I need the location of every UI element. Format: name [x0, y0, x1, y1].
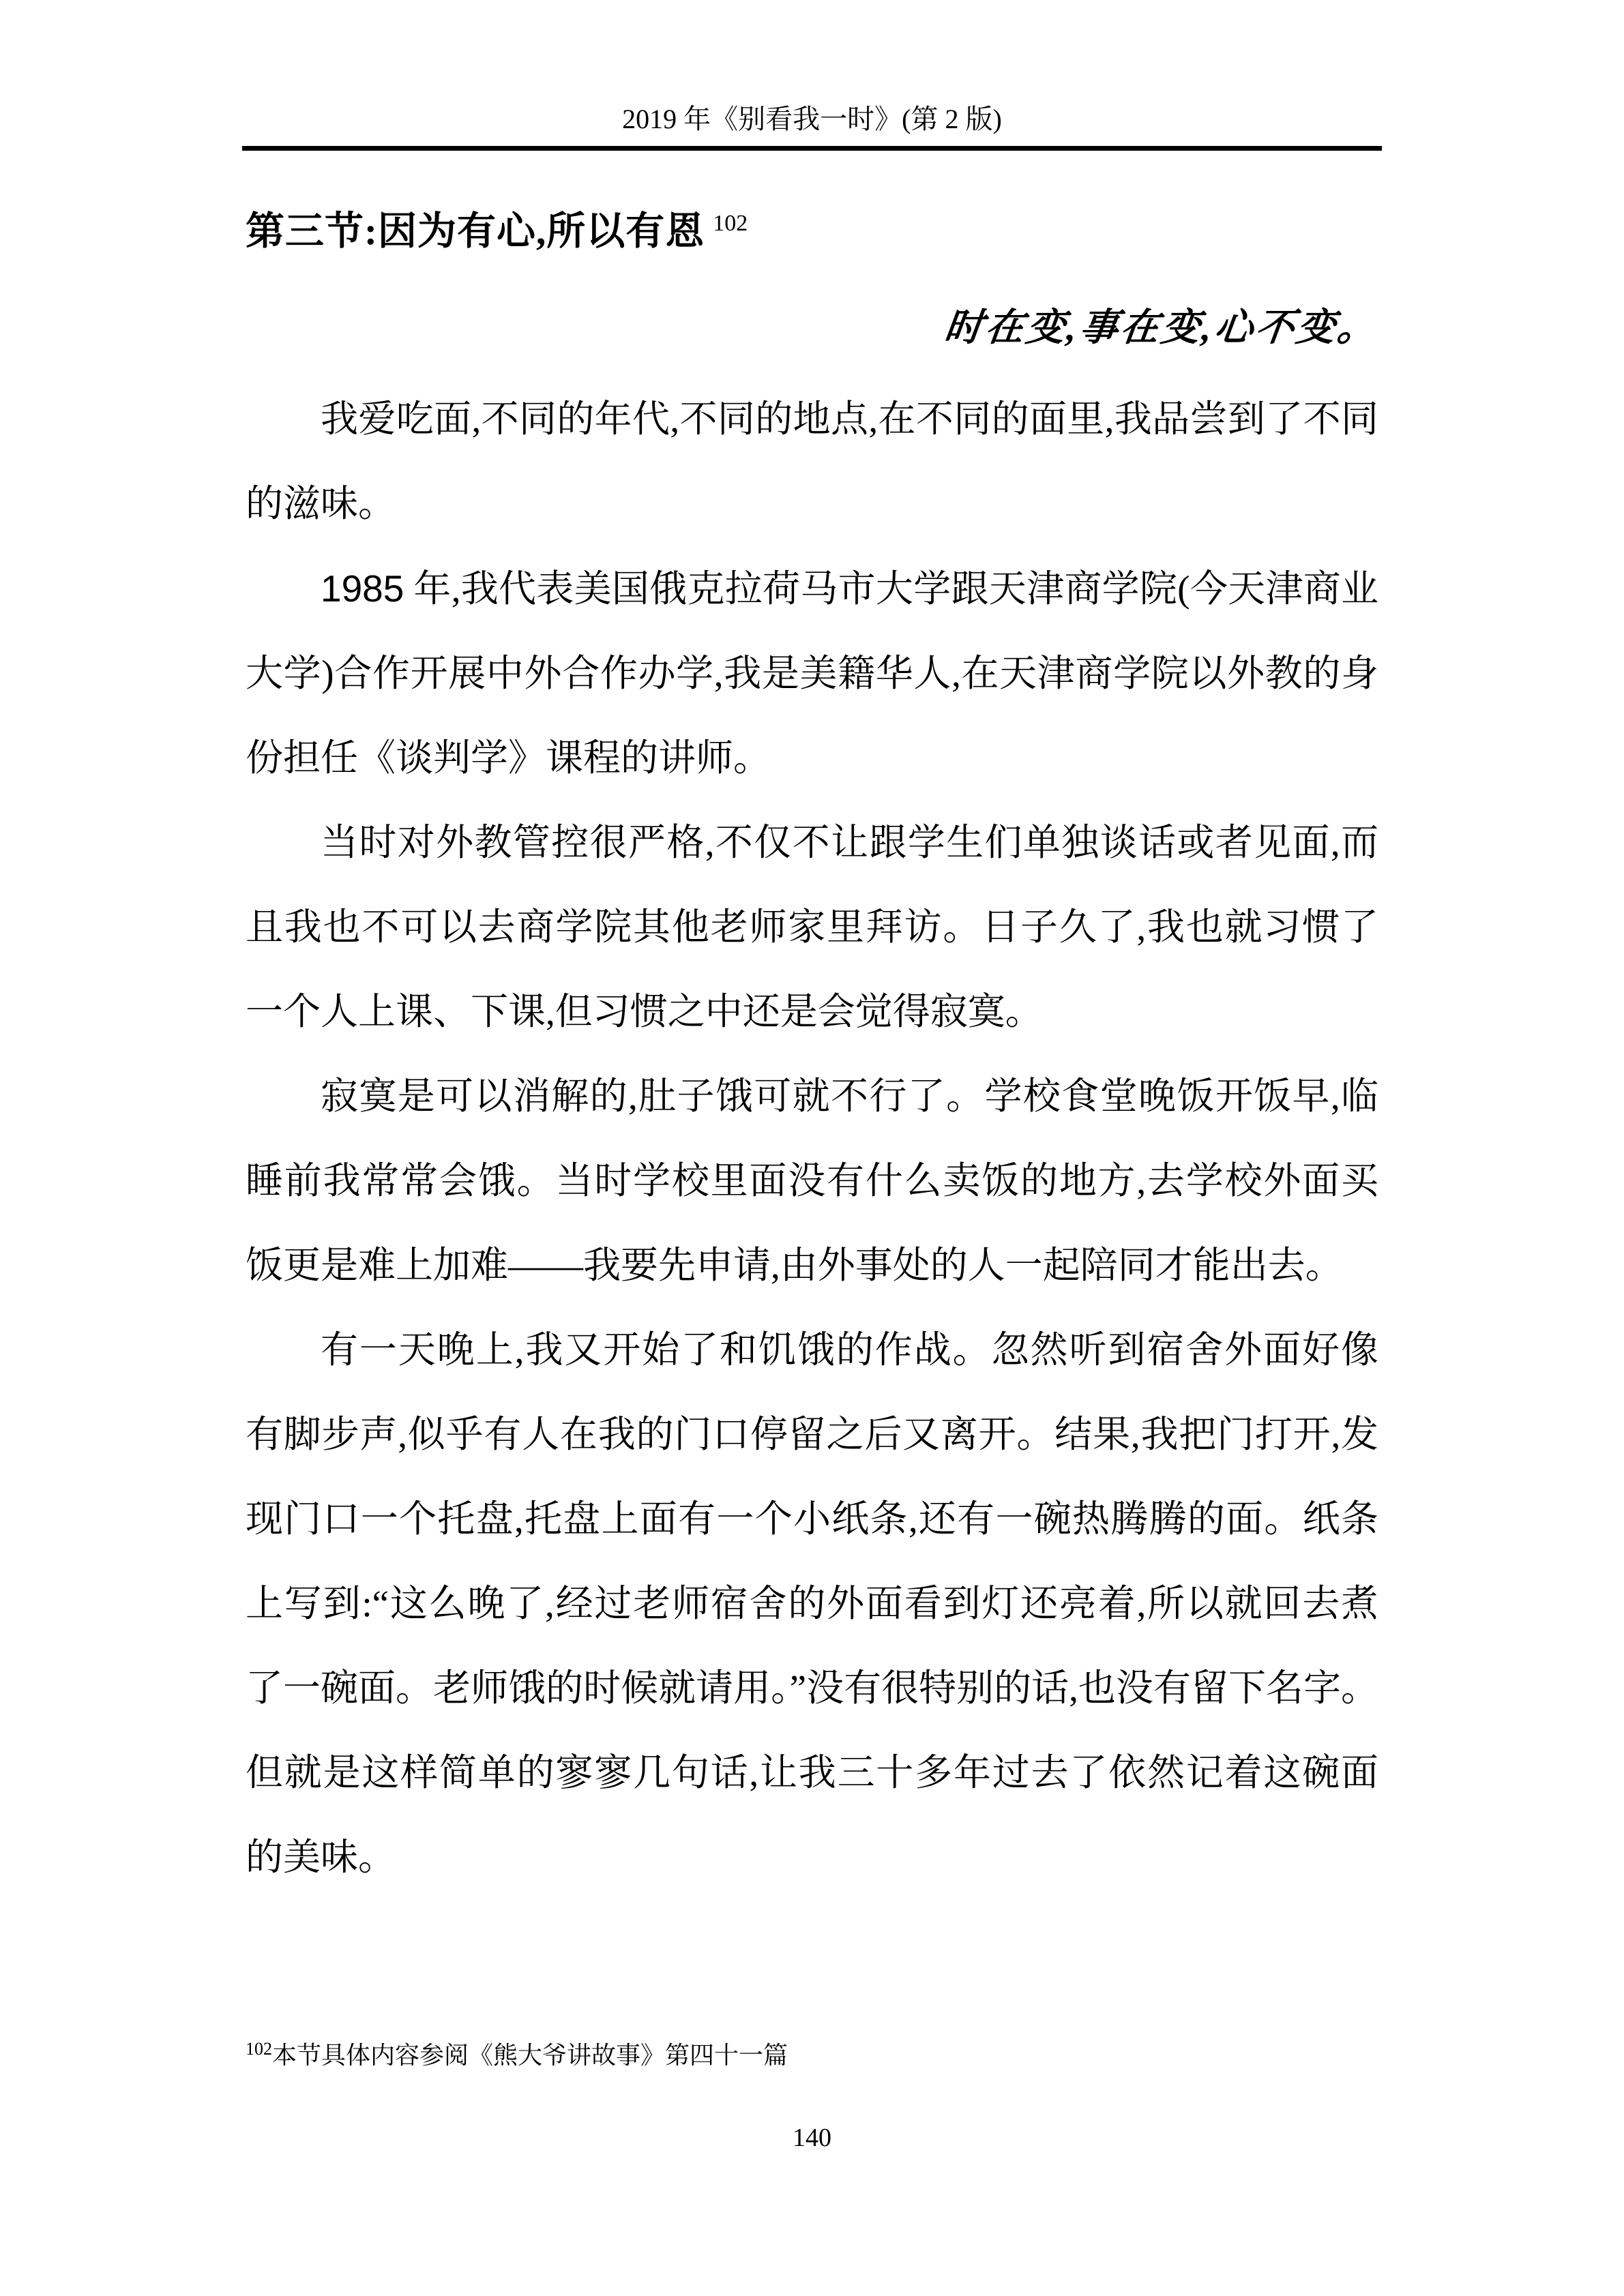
footnote: 102本节具体内容参阅《熊大爷讲故事》第四十一篇 [246, 2033, 1378, 2071]
text-run: 我爱吃面,不同的年代,不同的地点,在不同的面里,我品尝到了不同的滋味。 [246, 398, 1378, 524]
footnote-ref: 102 [246, 2039, 272, 2059]
text-run: 年,我代表美国俄克拉荷马市大学跟天津商学院(今天津商业大学)合作开展中外合作办学… [246, 568, 1378, 779]
paragraph: 当时对外教管控很严格,不仅不让跟学生们单独谈话或者见面,而且我也不可以去商学院其… [246, 801, 1378, 1054]
paragraph: 我爱吃面,不同的年代,不同的地点,在不同的面里,我品尝到了不同的滋味。 [246, 377, 1378, 546]
header-rule [242, 146, 1382, 151]
running-header-text: 2019 年《别看我一时》(第 2 版) [622, 104, 1002, 134]
document-page: 2019 年《别看我一时》(第 2 版) 第三节:因为有心,所以有恩102 时在… [0, 0, 1624, 2296]
text-run: 当时对外教管控很严格,不仅不让跟学生们单独谈话或者见面,而且我也不可以去商学院其… [246, 822, 1378, 1032]
epigraph: 时在变,事在变,心不变。 [246, 297, 1378, 359]
paragraph: 寂寞是可以消解的,肚子饿可就不行了。学校食堂晚饭开饭早,临睡前我常常会饿。当时学… [246, 1054, 1378, 1308]
text-run: 寂寞是可以消解的,肚子饿可就不行了。学校食堂晚饭开饭早,临睡前我常常会饿。当时学… [246, 1075, 1378, 1286]
footnote-text: 本节具体内容参阅《熊大爷讲故事》第四十一篇 [272, 2042, 788, 2069]
running-header: 2019 年《别看我一时》(第 2 版) [0, 0, 1624, 136]
paragraph: 1985 年,我代表美国俄克拉荷马市大学跟天津商学院(今天津商业大学)合作开展中… [246, 546, 1378, 801]
section-title-footnote-ref: 102 [713, 211, 748, 236]
epigraph-text: 时在变,事在变,心不变。 [941, 297, 1382, 359]
section-title: 第三节:因为有心,所以有恩102 [246, 192, 1378, 264]
page-content: 第三节:因为有心,所以有恩102 时在变,事在变,心不变。 我爱吃面,不同的年代… [246, 192, 1378, 1900]
body-paragraphs: 我爱吃面,不同的年代,不同的地点,在不同的面里,我品尝到了不同的滋味。1985 … [246, 377, 1378, 1900]
text-run: 有一天晚上,我又开始了和饥饿的作战。忽然听到宿舍外面好像有脚步声,似乎有人在我的… [246, 1329, 1378, 1878]
section-title-text: 第三节:因为有心,所以有恩 [246, 210, 705, 253]
text-run: 1985 [321, 567, 404, 610]
paragraph: 有一天晚上,我又开始了和饥饿的作战。忽然听到宿舍外面好像有脚步声,似乎有人在我的… [246, 1308, 1378, 1900]
page-number: 140 [0, 2122, 1624, 2153]
